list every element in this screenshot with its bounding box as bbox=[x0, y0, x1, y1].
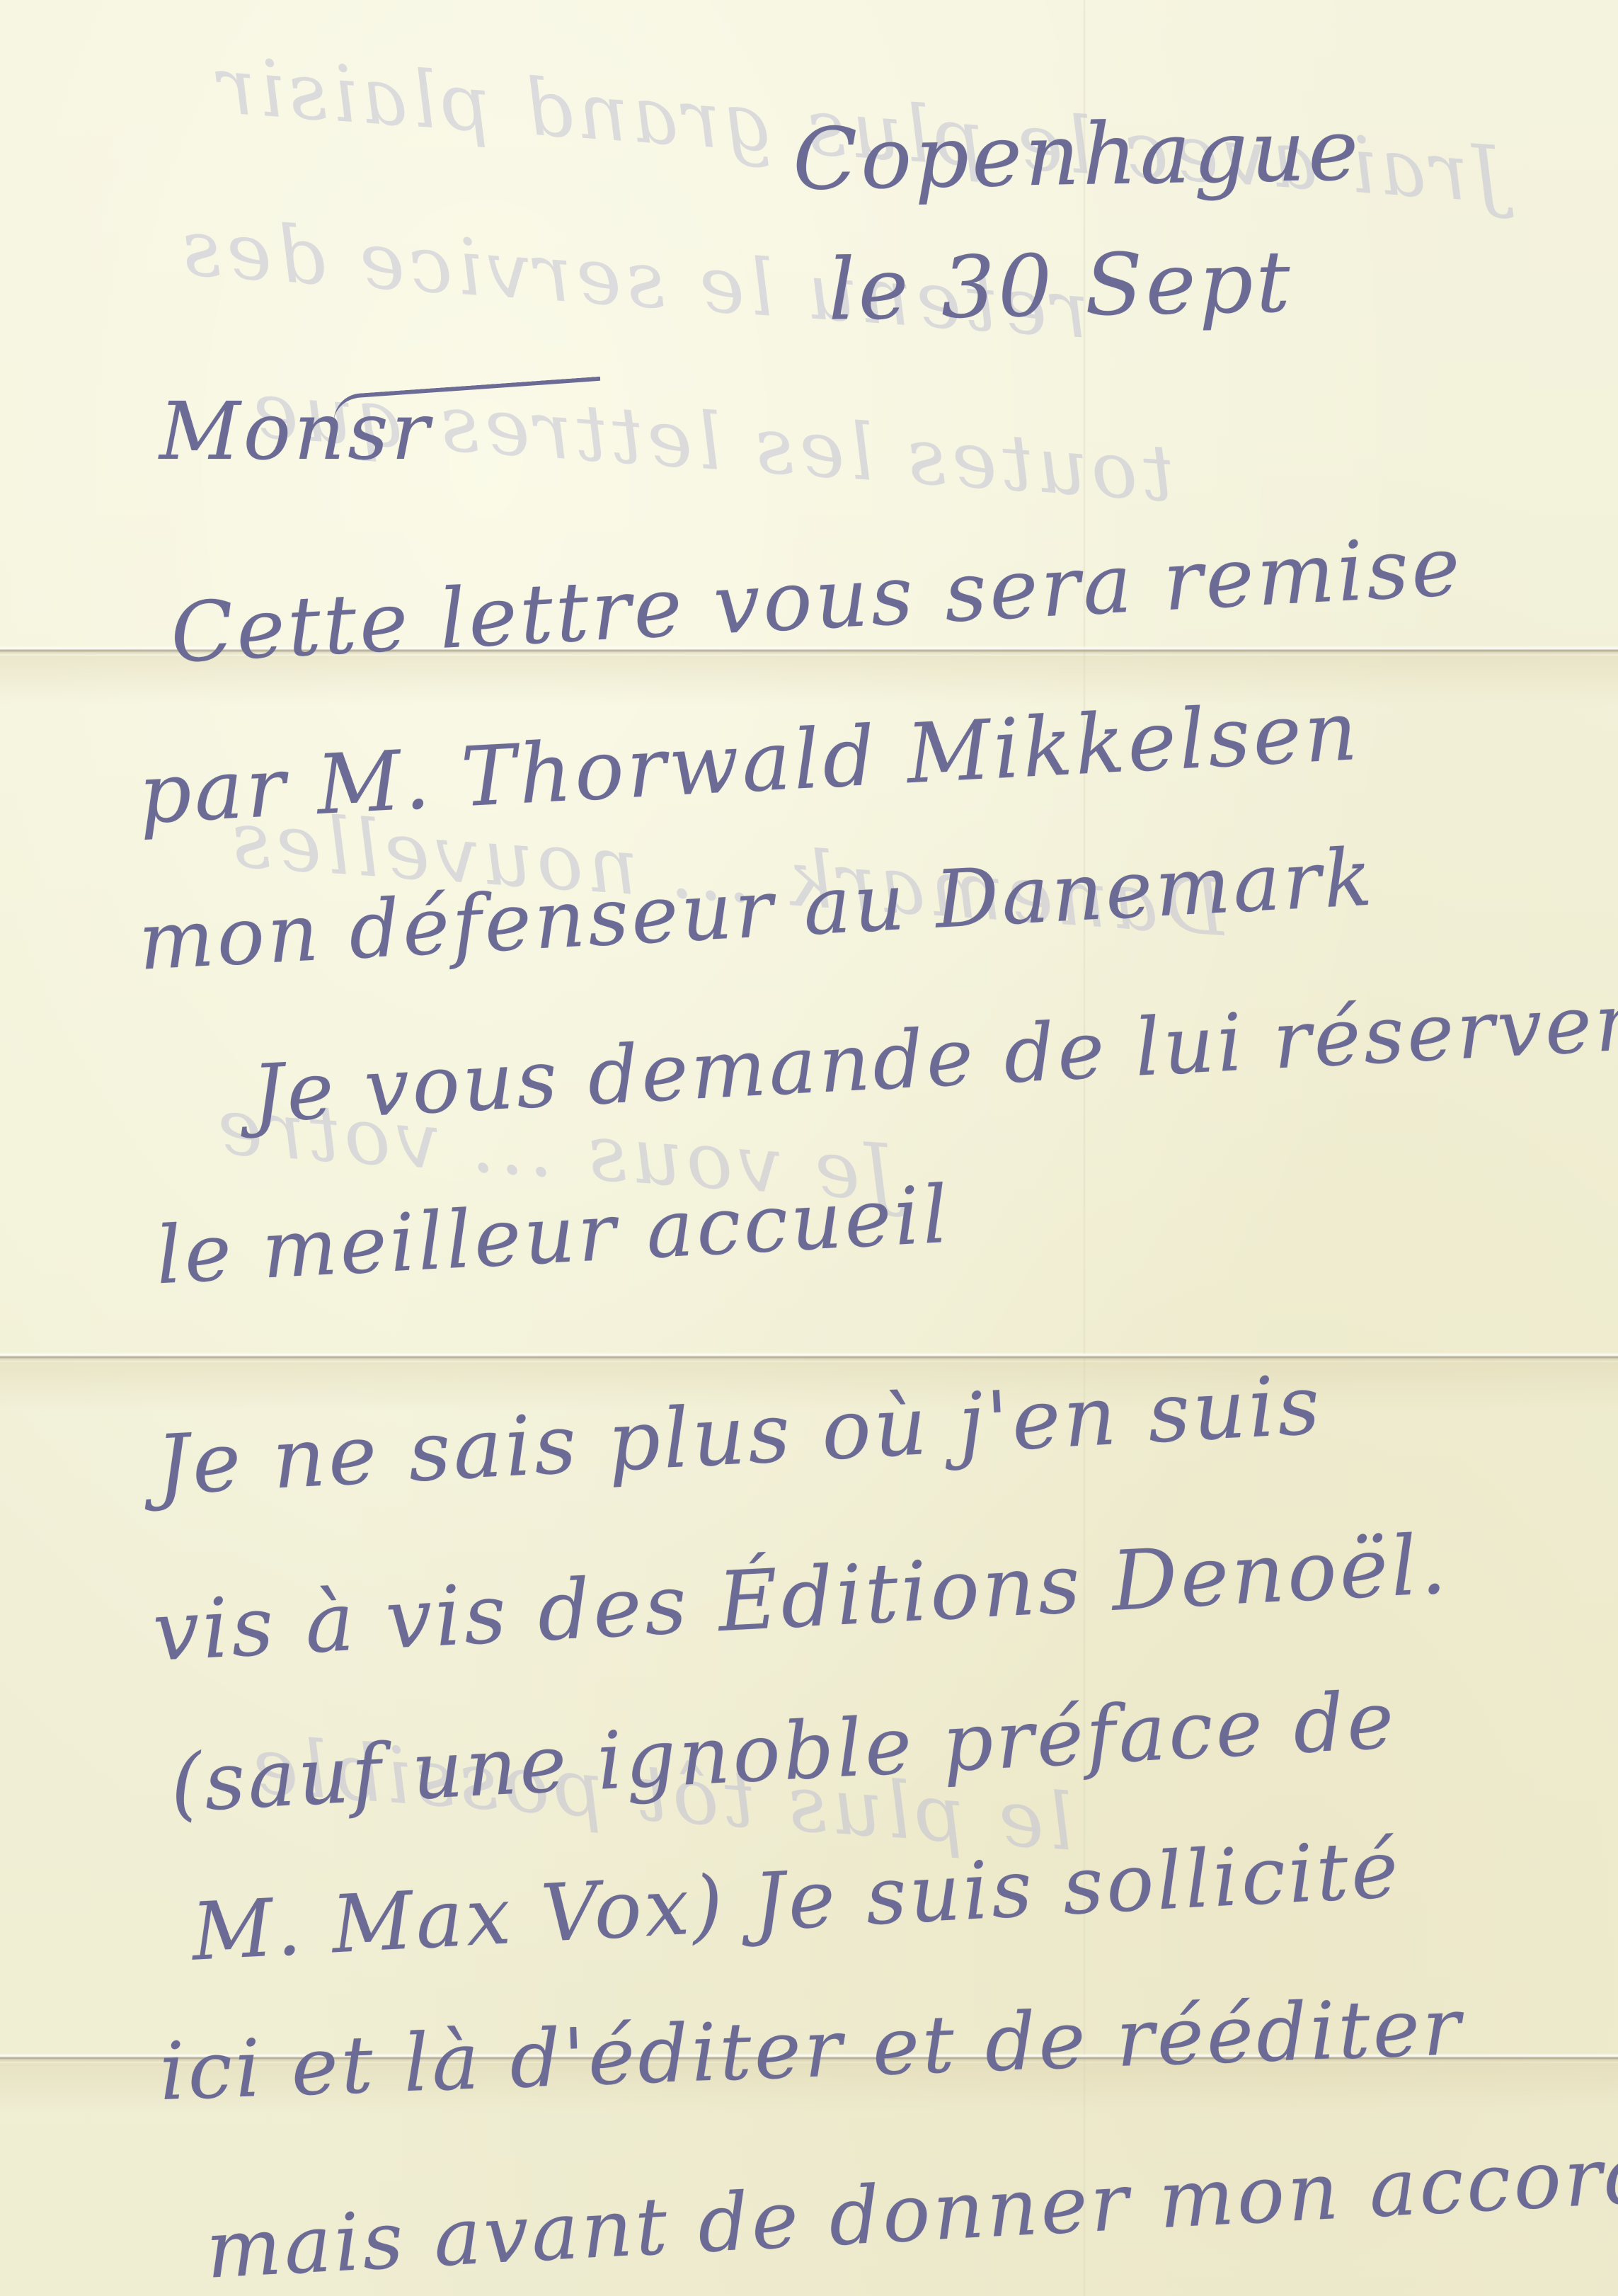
salutation-flourish bbox=[332, 377, 602, 428]
body-line: Je vous demande de lui réserver bbox=[250, 976, 1618, 1141]
fold-crease bbox=[0, 1352, 1618, 1362]
body-line: mais avant de donner mon accord bbox=[204, 2128, 1618, 2296]
letter-place: Copenhague bbox=[792, 101, 1362, 210]
body-line: par M. Thorwald Mikkelsen bbox=[137, 683, 1362, 843]
body-line: le meilleur accueil bbox=[154, 1169, 953, 1303]
letter-date: le 30 Sept bbox=[827, 233, 1294, 339]
body-line: vis à vis des Éditions Denoël. bbox=[151, 1517, 1451, 1680]
body-line: M. Max Vox) Je suis sollicité bbox=[190, 1823, 1404, 1978]
letter-page: Jrai avec le plus grand plaisir retenu l… bbox=[0, 0, 1618, 2296]
vertical-fold-crease bbox=[1083, 0, 1086, 2296]
body-line: (sauf une ignoble préface de bbox=[168, 1674, 1399, 1831]
body-line: mon défenseur au Danemark bbox=[137, 831, 1377, 988]
